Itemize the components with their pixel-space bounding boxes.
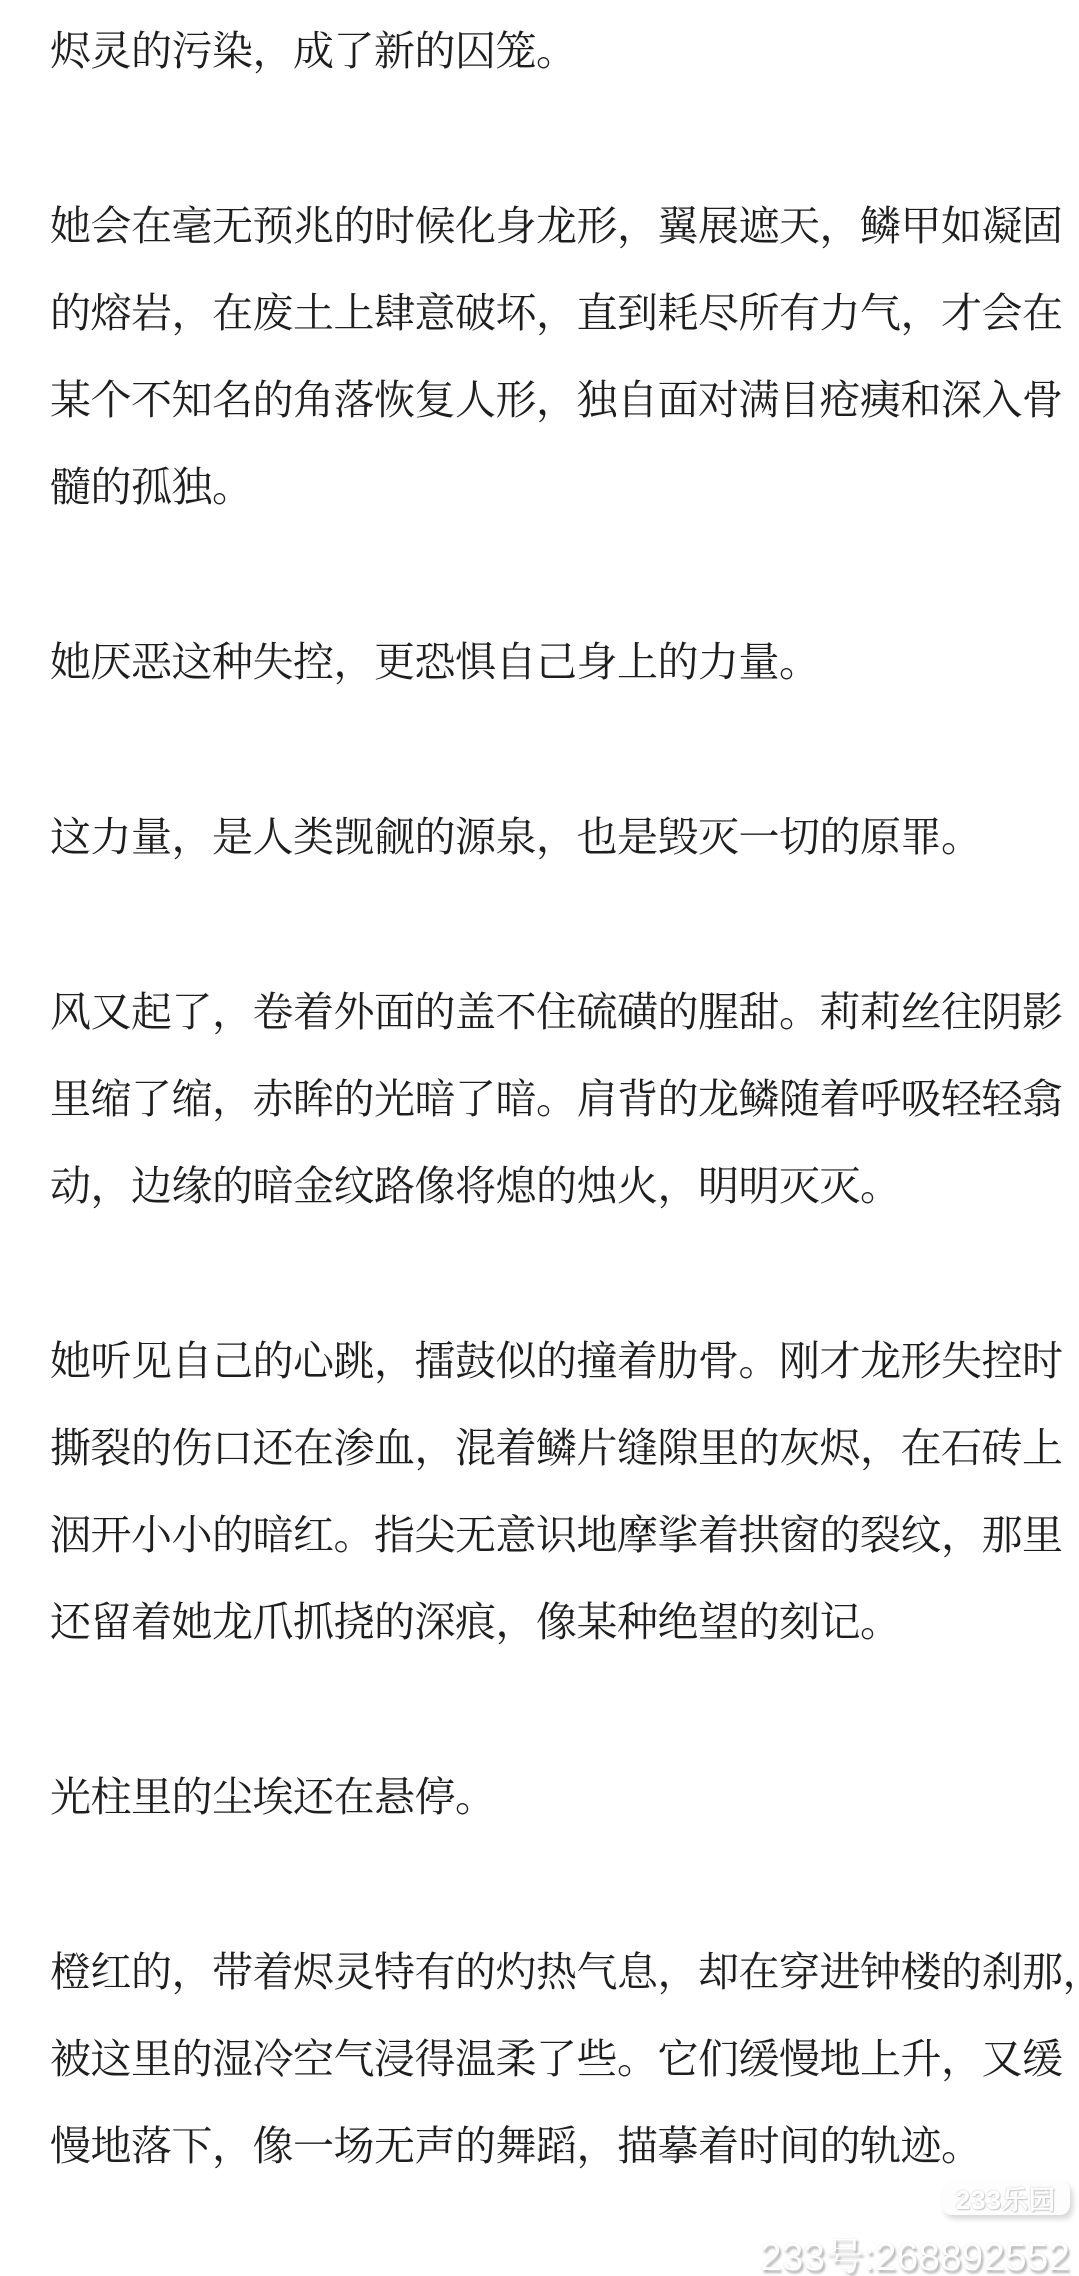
paragraph: 她听见自己的心跳，擂鼓似的撞着肋骨。刚才龙形失控时 撕裂的伤口还在渗血，混着鳞片… xyxy=(50,1318,1079,1666)
novel-text-page: 烬灵的污染，成了新的囚笼。 她会在毫无预兆的时候化身龙形，翼展遮天，鳞甲如凝固 … xyxy=(50,8,1079,2190)
text-line: 光柱里的尘埃还在悬停。 xyxy=(50,1754,1079,1841)
text-line: 还留着她龙爪抓挠的深痕，像某种绝望的刻记。 xyxy=(50,1579,1079,1666)
paragraph: 她厌恶这种失控，更恐惧自己身上的力量。 xyxy=(50,619,1079,706)
text-line: 风又起了，卷着外面的盖不住硫磺的腥甜。莉莉丝往阴影 xyxy=(50,969,1079,1056)
text-line: 洇开小小的暗红。指尖无意识地摩挲着拱窗的裂纹，那里 xyxy=(50,1492,1079,1579)
paragraph: 风又起了，卷着外面的盖不住硫磺的腥甜。莉莉丝往阴影 里缩了缩，赤眸的光暗了暗。肩… xyxy=(50,969,1079,1230)
text-line: 某个不知名的角落恢复人形，独自面对满目疮痍和深入骨 xyxy=(50,357,1079,444)
text-line: 这力量，是人类觊觎的源泉，也是毁灭一切的原罪。 xyxy=(50,794,1079,881)
text-line: 被这里的湿冷空气浸得温柔了些。它们缓慢地上升，又缓 xyxy=(50,2016,1079,2103)
text-line: 烬灵的污染，成了新的囚笼。 xyxy=(50,8,1079,95)
text-line: 髓的孤独。 xyxy=(50,444,1079,531)
watermark-badge-label: 233乐园 xyxy=(956,2180,1056,2217)
text-line: 橙红的，带着烬灵特有的灼热气息，却在穿进钟楼的刹那， xyxy=(50,1929,1079,2016)
paragraph: 光柱里的尘埃还在悬停。 xyxy=(50,1754,1079,1841)
paragraph: 她会在毫无预兆的时候化身龙形，翼展遮天，鳞甲如凝固 的熔岩，在废土上肆意破坏，直… xyxy=(50,183,1079,531)
watermark-account-id: 233号:268892552 xyxy=(760,2226,1070,2276)
text-line: 她厌恶这种失控，更恐惧自己身上的力量。 xyxy=(50,619,1079,706)
233leyuan-watermark-badge: 233乐园 xyxy=(942,2181,1070,2215)
paragraph: 这力量，是人类觊觎的源泉，也是毁灭一切的原罪。 xyxy=(50,794,1079,881)
text-line: 她会在毫无预兆的时候化身龙形，翼展遮天，鳞甲如凝固 xyxy=(50,183,1079,270)
text-line: 的熔岩，在废土上肆意破坏，直到耗尽所有力气，才会在 xyxy=(50,270,1079,357)
text-line: 动，边缘的暗金纹路像将熄的烛火，明明灭灭。 xyxy=(50,1143,1079,1230)
text-line: 她听见自己的心跳，擂鼓似的撞着肋骨。刚才龙形失控时 xyxy=(50,1318,1079,1405)
text-line: 撕裂的伤口还在渗血，混着鳞片缝隙里的灰烬，在石砖上 xyxy=(50,1405,1079,1492)
paragraph: 烬灵的污染，成了新的囚笼。 xyxy=(50,8,1079,95)
text-line: 里缩了缩，赤眸的光暗了暗。肩背的龙鳞随着呼吸轻轻翕 xyxy=(50,1056,1079,1143)
paragraph: 橙红的，带着烬灵特有的灼热气息，却在穿进钟楼的刹那， 被这里的湿冷空气浸得温柔了… xyxy=(50,1929,1079,2190)
text-line: 慢地落下，像一场无声的舞蹈，描摹着时间的轨迹。 xyxy=(50,2103,1079,2190)
